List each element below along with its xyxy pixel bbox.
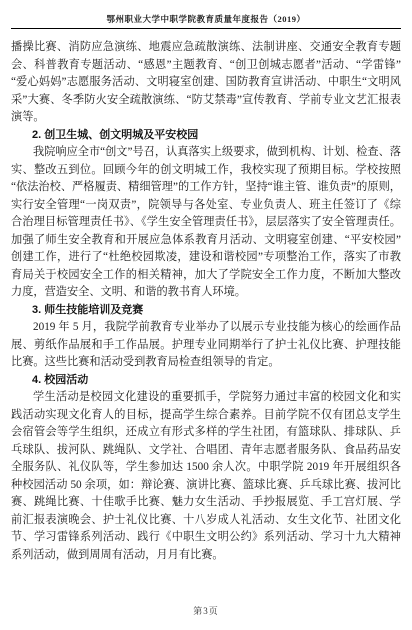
document-body: 播操比赛、消防应急演练、地震应急疏散演练、法制讲座、交通安全教育专题会、科普教育… bbox=[11, 39, 401, 564]
section-heading: 2. 创卫生城、创文明城及平安校园 bbox=[11, 127, 401, 145]
body-paragraph: 播操比赛、消防应急演练、地震应急疏散演练、法制讲座、交通安全教育专题会、科普教育… bbox=[11, 39, 401, 127]
page-header: 鄂州职业大学中职学院教育质量年度报告（2019） bbox=[0, 0, 412, 29]
body-paragraph: 2019 年 5 月，我院学前教育专业举办了以展示专业技能为核心的绘画作品展、剪… bbox=[11, 319, 401, 372]
document-page: 鄂州职业大学中职学院教育质量年度报告（2019） 播操比赛、消防应急演练、地震应… bbox=[0, 0, 412, 630]
section-heading: 4. 校园活动 bbox=[11, 372, 401, 390]
page-footer: 第3页 bbox=[0, 604, 412, 617]
header-rule bbox=[11, 28, 401, 29]
page-number: 第3页 bbox=[193, 606, 219, 616]
section-heading: 3. 师生技能培训及竞赛 bbox=[11, 302, 401, 320]
report-header-title: 鄂州职业大学中职学院教育质量年度报告（2019） bbox=[0, 13, 412, 25]
body-paragraph: 学生活动是校园文化建设的重要抓手，学院努力通过丰富的校园文化和实践活动实现文化育… bbox=[11, 389, 401, 564]
body-paragraph: 我院响应全市“创文”号召，认真落实上级要求，做到机构、计划、检查、落实、整改五到… bbox=[11, 144, 401, 302]
